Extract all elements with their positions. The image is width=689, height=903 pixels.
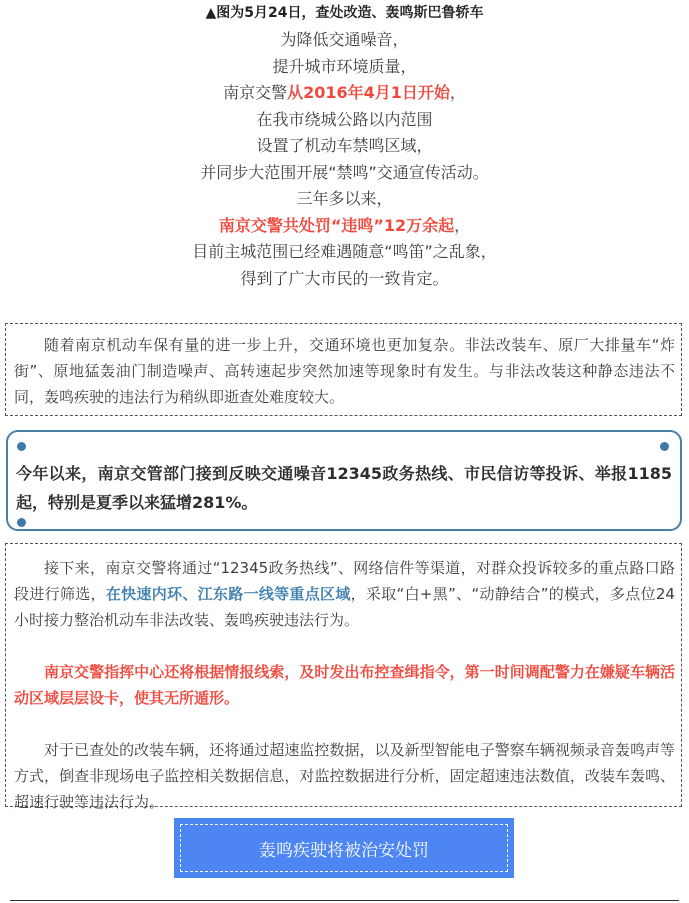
intro-line: 得到了广大市民的一致肯定。 bbox=[0, 266, 689, 293]
complaint-stats-text: 今年以来，南京交管部门接到反映交通噪音12345政务热线、市民信访等投诉、举报1… bbox=[16, 459, 672, 517]
bottom-divider bbox=[10, 900, 679, 901]
data-analysis-paragraph: 对于已查处的改装车辆，还将通过超速监控数据，以及新型智能电子警察车辆视频录音轰鸣… bbox=[14, 737, 675, 815]
penalty-banner-label: 轰鸣疾驶将被治安处罚 bbox=[180, 824, 508, 872]
command-center-paragraph: 南京交警指挥中心还将根据情报线索，及时发出布控查缉指令，第一时间调配警力在嫌疑车… bbox=[14, 659, 675, 711]
intro-line: 三年多以来， bbox=[0, 186, 689, 213]
intro-line-start-date: 南京交警从2016年4月1日开始， bbox=[0, 80, 689, 107]
enforcement-plan-box: 接下来，南京交警将通过“12345政务热线”、网络信件等渠道，对群众投诉较多的重… bbox=[5, 543, 682, 807]
intro-line: 在我市绕城公路以内范围 bbox=[0, 107, 689, 134]
start-date-highlight: 从2016年4月1日开始 bbox=[287, 83, 450, 102]
enforcement-paragraph: 接下来，南京交警将通过“12345政务热线”、网络信件等渠道，对群众投诉较多的重… bbox=[14, 555, 675, 633]
image-caption: ▲图为5月24日，查处改造、轰鸣斯巴鲁轿车 bbox=[0, 3, 689, 23]
intro-line: 目前主城范围已经难遇随意“鸣笛”之乱象， bbox=[0, 239, 689, 266]
intro-text-block: 为降低交通噪音， 提升城市环境质量， 南京交警从2016年4月1日开始， 在我市… bbox=[0, 27, 689, 292]
penalty-banner-button[interactable]: 轰鸣疾驶将被治安处罚 bbox=[174, 818, 514, 878]
intro-line-suffix: ， bbox=[454, 216, 470, 235]
decorative-dot-icon bbox=[660, 442, 669, 451]
intro-line: 并同步大范围开展“禁鸣”交通宣传活动。 bbox=[0, 160, 689, 187]
intro-line: 设置了机动车禁鸣区域， bbox=[0, 133, 689, 160]
complaint-stats-box: 今年以来，南京交管部门接到反映交通噪音12345政务热线、市民信访等投诉、举报1… bbox=[6, 430, 682, 531]
penalty-count-highlight: 南京交警共处罚“违鸣”12万余起 bbox=[219, 216, 454, 235]
context-paragraph: 随着南京机动车保有量的进一步上升，交通环境也更加复杂。非法改装车、原厂大排量车“… bbox=[14, 332, 675, 410]
decorative-dot-icon bbox=[17, 518, 26, 527]
intro-line: 为降低交通噪音， bbox=[0, 27, 689, 54]
key-area-highlight: 在快速内环、江东路一线等重点区域 bbox=[106, 585, 351, 603]
intro-line: 提升城市环境质量， bbox=[0, 54, 689, 81]
intro-line-penalty-count: 南京交警共处罚“违鸣”12万余起， bbox=[0, 213, 689, 240]
intro-line-prefix: 南京交警 bbox=[223, 83, 287, 102]
intro-line-suffix: ， bbox=[450, 83, 466, 102]
decorative-dot-icon bbox=[17, 442, 26, 451]
context-paragraph-box: 随着南京机动车保有量的进一步上升，交通环境也更加复杂。非法改装车、原厂大排量车“… bbox=[5, 323, 682, 416]
